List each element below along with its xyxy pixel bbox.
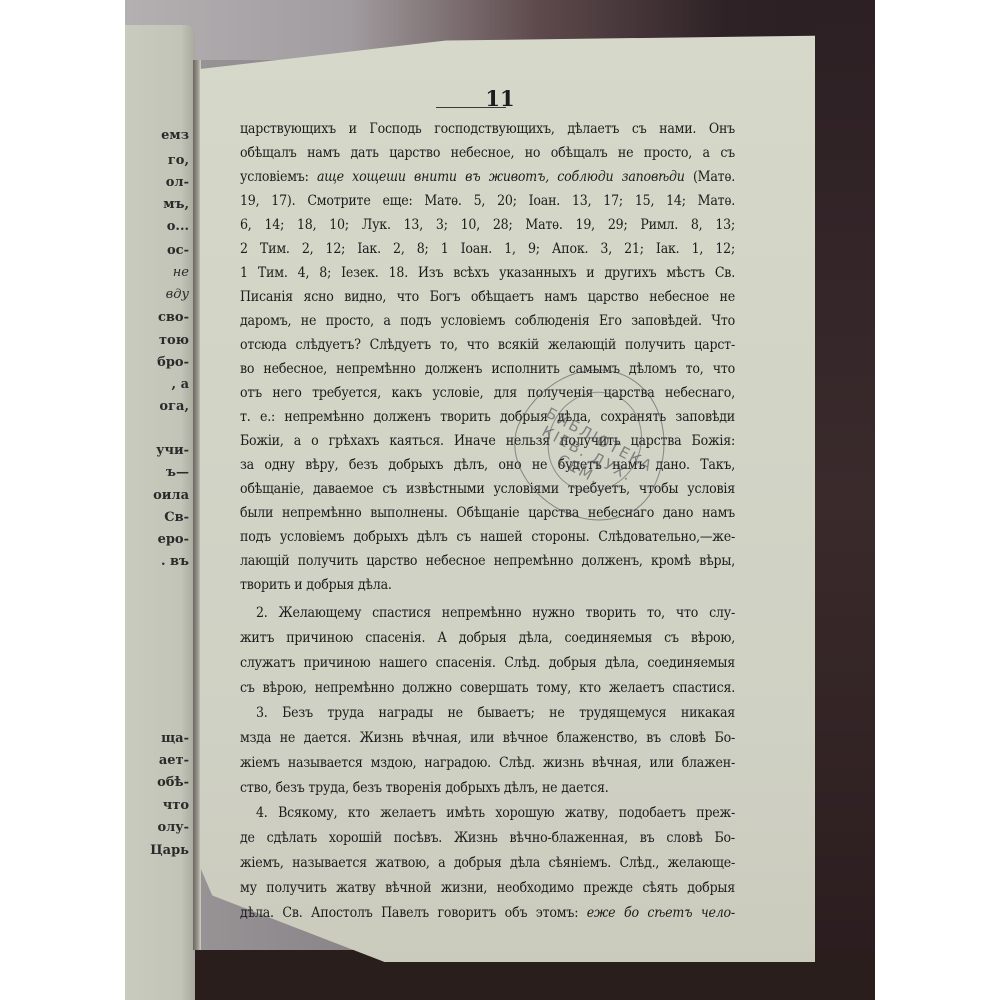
left-page-text: емз го, ол- мъ, о... ос- не вду сво- тою… bbox=[125, 25, 195, 1000]
text-line: отсюда слѣдуетъ? Слѣдуетъ то, что всякій… bbox=[240, 333, 735, 357]
left-fragment: , а bbox=[172, 377, 189, 392]
scripture-quote: еже бо сѣетъ чело- bbox=[587, 905, 735, 921]
text-line: ство, безъ труда, безъ творенія добрыхъ … bbox=[240, 776, 735, 800]
text-line: отъ него требуется, какъ условіе, для по… bbox=[240, 381, 735, 405]
paragraph-3-start: 3. Безъ труда награды не бываетъ; не тру… bbox=[240, 701, 735, 725]
background-table bbox=[815, 0, 875, 1000]
left-fragment: ъ— bbox=[166, 465, 189, 480]
paragraph-2-start: 2. Желающему спастися непремѣнно нужно т… bbox=[240, 601, 735, 625]
left-fragment: о... bbox=[167, 219, 189, 234]
text-line: съ вѣрою, непремѣнно должно совершать то… bbox=[240, 676, 735, 700]
text-line: жіемъ, называется жатвою, а добрыя дѣла … bbox=[240, 851, 735, 875]
text-line: даромъ, не просто, а подъ условіемъ собл… bbox=[240, 309, 735, 333]
left-fragment: Св- bbox=[164, 510, 189, 525]
page-number-rule bbox=[436, 107, 506, 108]
text-line: де сдѣлать хорошій посѣвъ. Жизнь вѣчно-б… bbox=[240, 826, 735, 850]
left-fragment: го, bbox=[168, 153, 189, 168]
text-line: за одну вѣру, безъ добрыхъ дѣлъ, оно не … bbox=[240, 453, 735, 477]
left-fragment: емз bbox=[161, 128, 189, 143]
text-line: т. е.: непремѣнно долженъ творить добрыя… bbox=[240, 405, 735, 429]
text-line: му получить жатву вѣчной жизни, необходи… bbox=[240, 876, 735, 900]
text-line: Божіи, а о грѣхахъ каяться. Иначе нельзя… bbox=[240, 429, 735, 453]
text-line: условіемъ: аще хощеши внити въ животъ, с… bbox=[240, 165, 735, 189]
text-line: 19, 17). Смотрите еще: Матѳ. 5, 20; Іоан… bbox=[240, 189, 735, 213]
text-line: подъ условіемъ добрыхъ дѣлъ съ нашей сто… bbox=[240, 525, 735, 549]
text-line: лающій получить царство небесное непремѣ… bbox=[240, 549, 735, 573]
left-fragment: вду bbox=[166, 287, 189, 302]
text-line: 6, 14; 18, 10; Лук. 13, 3; 10, 28; Матѳ.… bbox=[240, 213, 735, 237]
left-fragment: . въ bbox=[161, 554, 189, 569]
left-fragment: олу- bbox=[157, 820, 189, 835]
text-line: во небесное, непремѣнно долженъ исполнит… bbox=[240, 357, 735, 381]
text-line: творить и добрыя дѣла. bbox=[240, 573, 735, 597]
text-line: обѣщаніе, даваемое съ извѣстными условія… bbox=[240, 477, 735, 501]
left-fragment: ща- bbox=[161, 731, 189, 746]
text-line: царствующихъ и Господь господствующихъ, … bbox=[240, 117, 735, 141]
left-fragment: ос- bbox=[167, 243, 189, 258]
text-line: обѣщалъ намъ дать царство небесное, но о… bbox=[240, 141, 735, 165]
left-fragment: мъ, bbox=[163, 197, 189, 212]
text-line: Писанія ясно видно, что Богъ обѣщаетъ на… bbox=[240, 285, 735, 309]
left-fragment: не bbox=[173, 265, 189, 280]
left-fragment: сво- bbox=[158, 310, 189, 325]
left-fragment: еро- bbox=[158, 532, 189, 547]
left-fragment: ает- bbox=[159, 753, 189, 768]
text-line: житъ причиною спасенія. А добрыя дѣла, с… bbox=[240, 626, 735, 650]
text-line: были непремѣнно выполнены. Обѣщаніе царс… bbox=[240, 501, 735, 525]
left-fragment: ол- bbox=[166, 175, 189, 190]
left-fragment: Царь bbox=[150, 843, 189, 858]
left-fragment: ога, bbox=[159, 399, 189, 414]
left-fragment: оила bbox=[153, 488, 189, 503]
text-line: 1 Тим. 4, 8; Іезек. 18. Изъ всѣхъ указан… bbox=[240, 261, 735, 285]
left-fragment: обѣ- bbox=[157, 775, 189, 790]
text-line: дѣла. Св. Апостолъ Павелъ говоритъ объ э… bbox=[240, 901, 735, 925]
left-page: емз го, ол- мъ, о... ос- не вду сво- тою… bbox=[125, 25, 195, 1000]
book-gutter bbox=[193, 60, 201, 950]
scripture-quote: аще хощеши внити въ животъ, соблюди запо… bbox=[317, 169, 685, 185]
left-fragment: учи- bbox=[156, 443, 189, 458]
paragraph-4-start: 4. Всякому, кто желаетъ имѣть хорошую жа… bbox=[240, 801, 735, 825]
left-fragment: тою bbox=[159, 333, 189, 348]
left-fragment: бро- bbox=[157, 355, 189, 370]
text-line: мзда не дается. Жизнь вѣчная, или вѣчное… bbox=[240, 726, 735, 750]
text-line: служатъ причиною нашего спасенія. Слѣд. … bbox=[240, 651, 735, 675]
text-line: жіемъ называется мздою, наградою. Слѣд. … bbox=[240, 751, 735, 775]
left-fragment: что bbox=[163, 798, 189, 813]
text-line: 2 Тим. 2, 12; Іак. 2, 8; 1 Іоан. 1, 9; А… bbox=[240, 237, 735, 261]
